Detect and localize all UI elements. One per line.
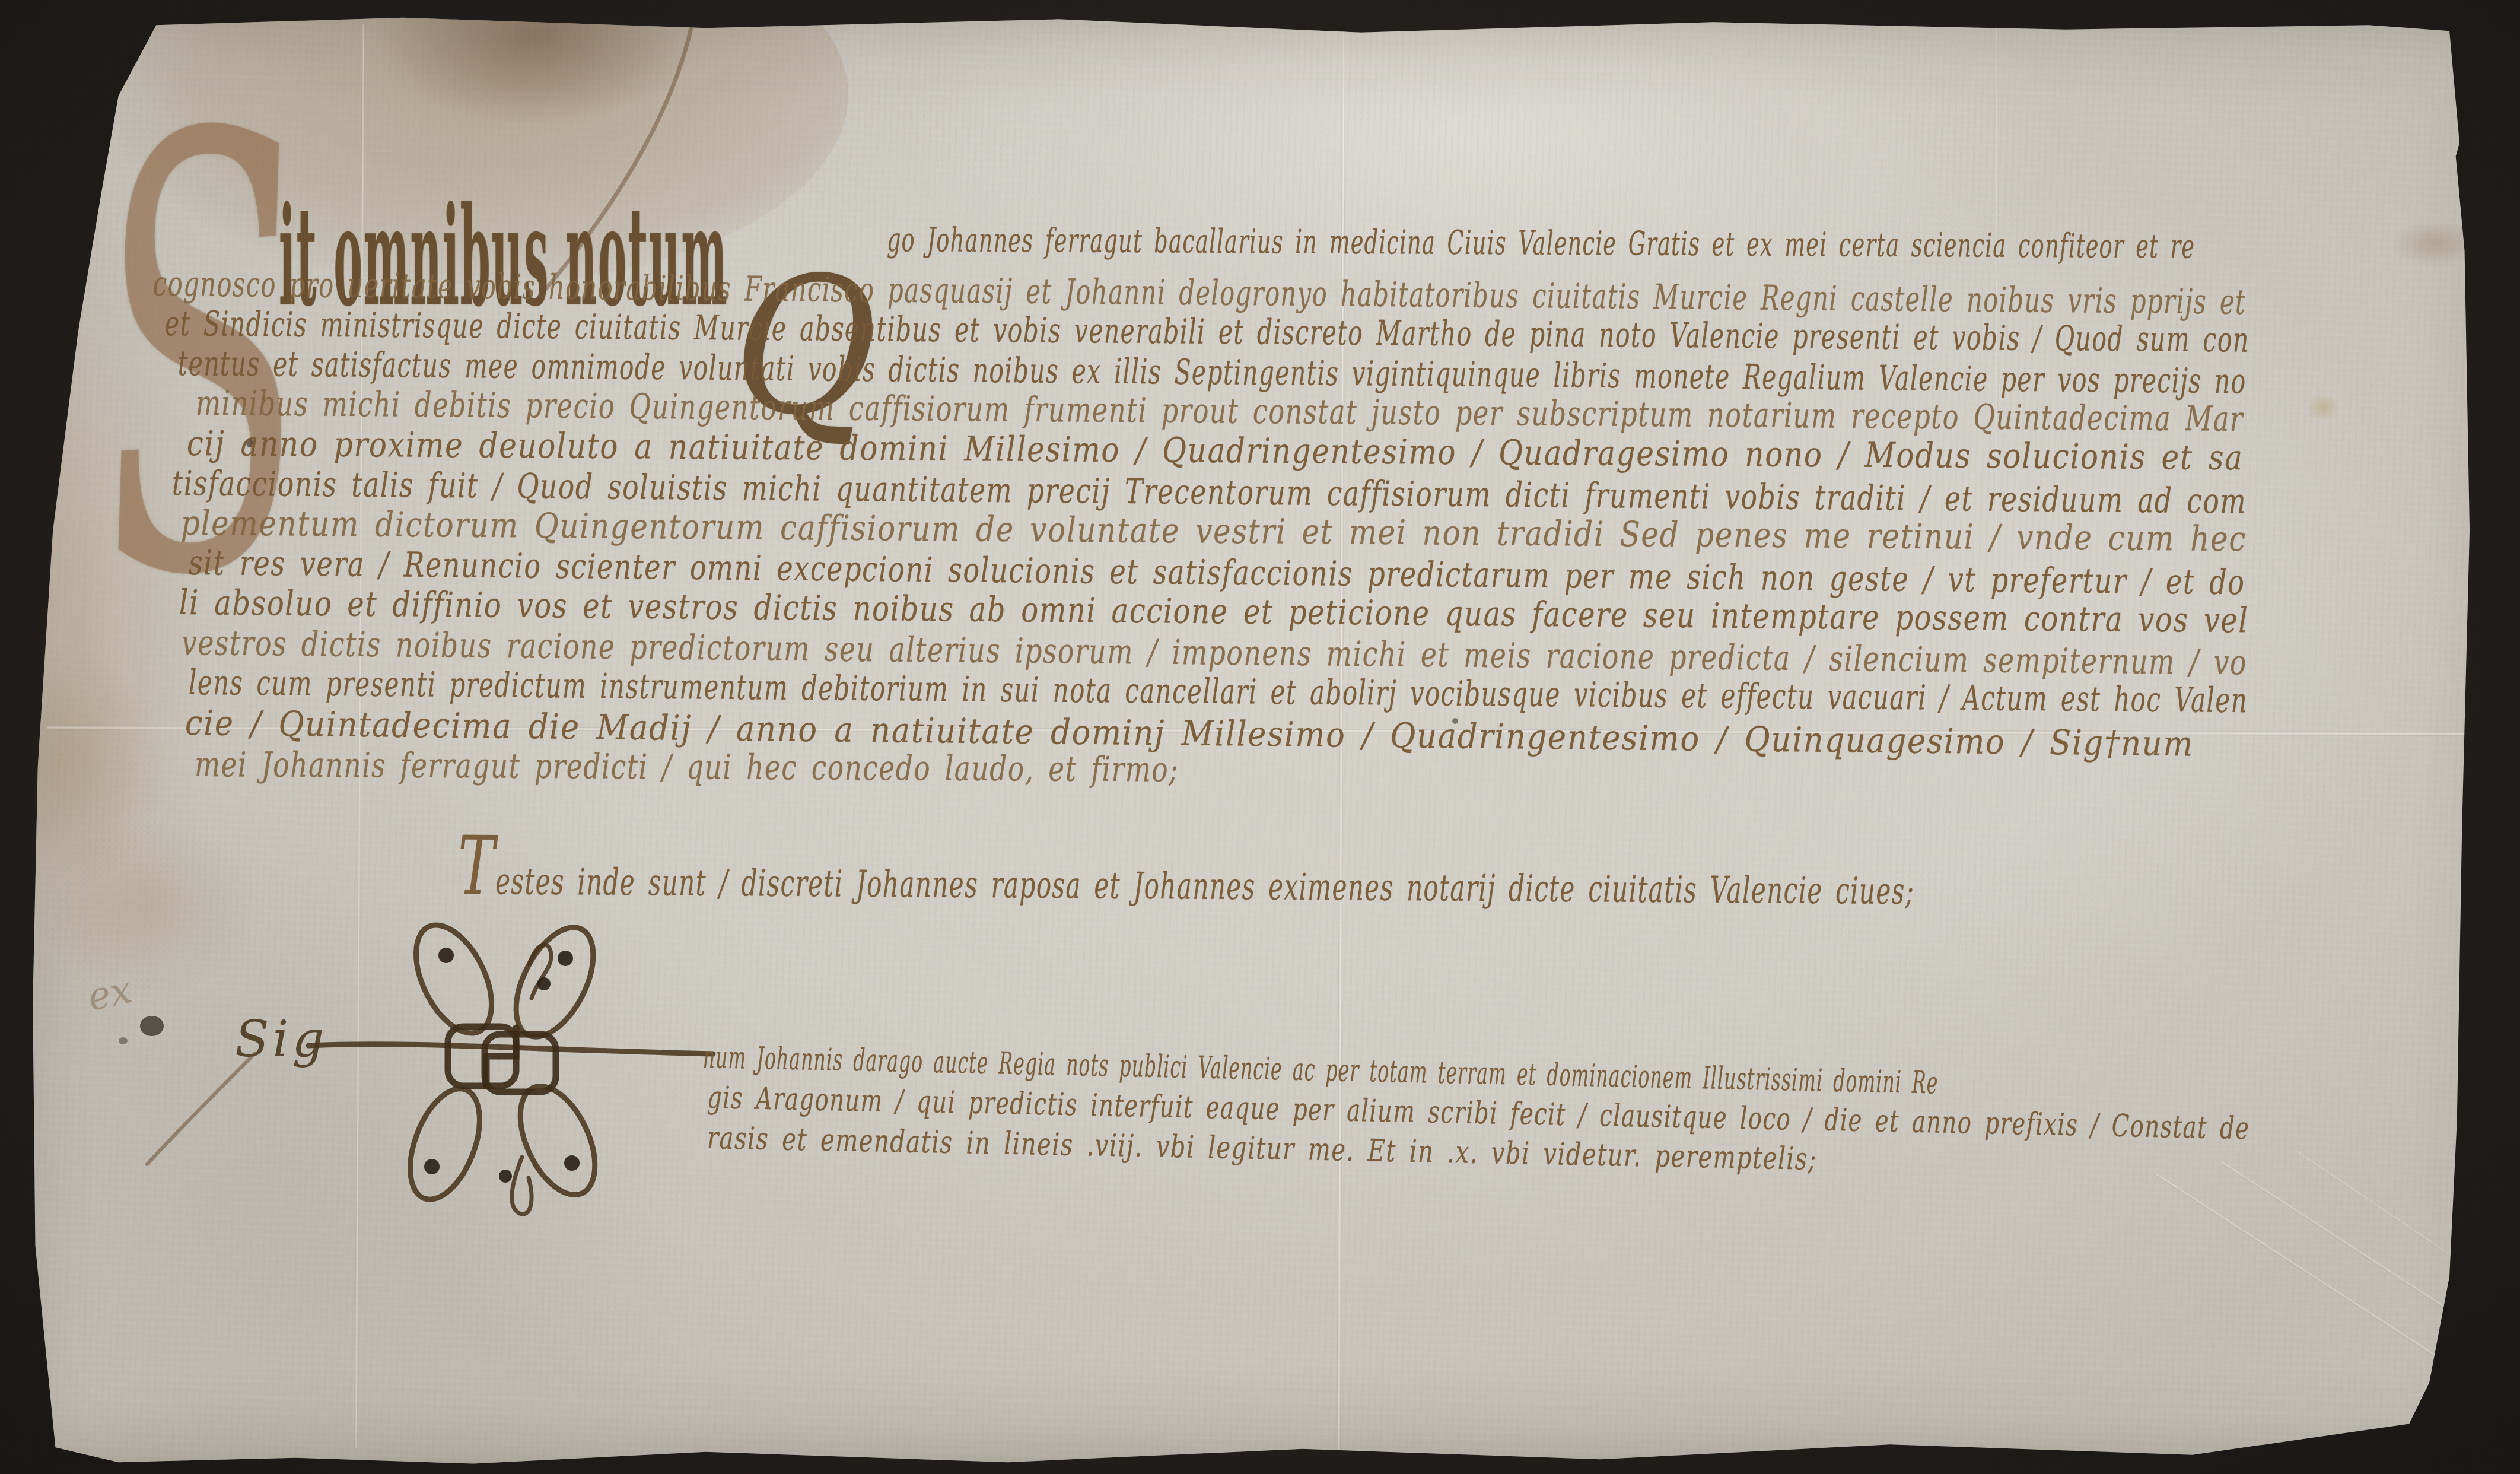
parchment-sheet: S it omnibus notum Q ex Sig bbox=[0, 0, 2520, 1474]
edge-vignette bbox=[0, 0, 2520, 1474]
scan-backdrop: S it omnibus notum Q ex Sig bbox=[0, 0, 2520, 1474]
